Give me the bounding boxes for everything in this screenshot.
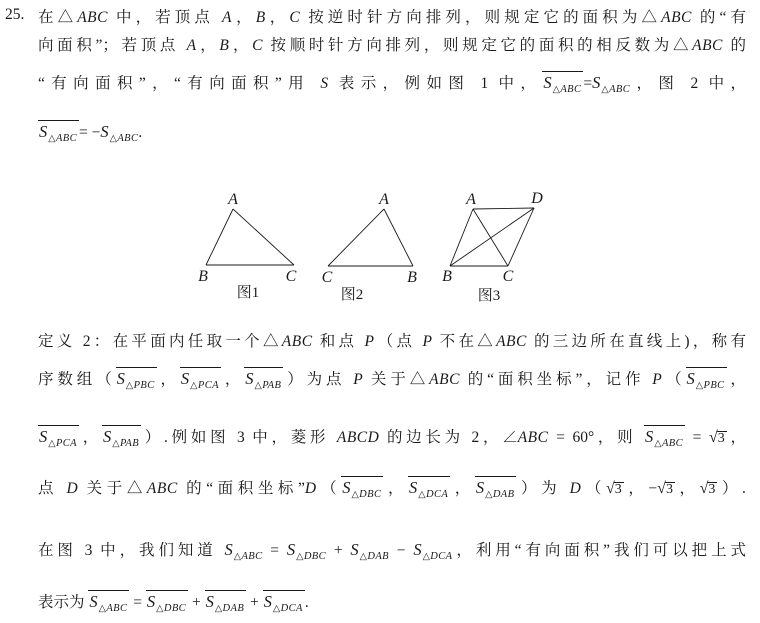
subscript-vars: ABC <box>241 551 262 562</box>
text-run: = <box>129 594 146 611</box>
line-4: S△ABC= −S△ABC. <box>38 120 746 145</box>
math-variable: B <box>256 9 266 26</box>
figure-edge <box>508 208 534 266</box>
math-variable: B <box>219 37 229 54</box>
figure-edge <box>206 209 233 265</box>
line-8: 点 D 关于△ABC 的“面积坐标”D（S△DBC，S△DCA，S△DAB）为 … <box>38 476 746 501</box>
text-run: . <box>138 124 142 141</box>
s-symbol: S <box>409 478 417 497</box>
s-symbol: S <box>592 73 600 92</box>
s-subscript: △PBC <box>126 380 155 391</box>
triangle-symbol: △ <box>654 439 662 449</box>
s-symbol: S <box>225 540 233 559</box>
s-symbol: S <box>39 427 47 446</box>
triangle-symbol: △ <box>190 381 198 391</box>
subscript-vars: DCA <box>426 489 448 500</box>
math-variable: P <box>423 333 433 350</box>
text-run: 表示为 <box>38 594 88 611</box>
signed-area-term: S△PAB <box>102 425 141 449</box>
signed-area-term: S△DBC <box>341 476 383 500</box>
s-symbol: S <box>342 478 350 497</box>
s-symbol: S <box>206 592 214 611</box>
figure-edge <box>233 209 294 265</box>
triangle-symbol: △ <box>351 490 359 500</box>
text-run: 中，若顶点 <box>108 9 222 26</box>
text-run: 的 <box>723 37 746 54</box>
triangle-symbol: △ <box>112 439 120 449</box>
text-run: = <box>263 542 287 559</box>
radicand: 3 <box>665 482 675 498</box>
subscript-vars: PAB <box>262 380 281 391</box>
s-subscript: △DAB <box>485 489 514 500</box>
s-subscript: △DBC <box>351 489 381 500</box>
subscript-vars: DAB <box>367 551 389 562</box>
signed-area-term: S△PCA <box>38 425 79 449</box>
s-symbol: S <box>350 540 358 559</box>
text-run: = 60°，则 <box>549 429 644 446</box>
vertex-label: B <box>442 268 452 285</box>
triangle-symbol: △ <box>696 381 704 391</box>
triangle-symbol: △ <box>601 85 609 95</box>
math-variable: P <box>652 371 662 388</box>
text-run: ， <box>675 480 700 497</box>
subscript-vars: PBC <box>134 380 155 391</box>
text-run: ， <box>221 371 244 388</box>
s-symbol: S <box>287 540 295 559</box>
text-run: 在图 3 中，我们知道 <box>38 542 225 559</box>
text-run: ， <box>79 429 102 446</box>
math-variable: ABC <box>282 333 313 350</box>
text-run: 的三边所在直线上)，称有 <box>527 333 746 350</box>
s-subscript: △DCA <box>418 489 448 500</box>
s-subscript: △PCA <box>48 438 77 449</box>
text-run: 和点 <box>313 333 365 350</box>
subscript-vars: DBC <box>164 603 186 614</box>
sqrt-term: √3 <box>700 481 718 498</box>
s-symbol: S <box>117 369 125 388</box>
text-run: 不在△ <box>433 333 497 350</box>
s-symbol: S <box>543 73 551 92</box>
area-term: S△ABC <box>100 120 138 144</box>
text-run: 向面积”；若顶点 <box>38 37 187 54</box>
s-subscript: △PCA <box>190 380 219 391</box>
sqrt-term: √3 <box>709 430 727 447</box>
vertex-label: A <box>378 191 389 208</box>
math-variable: D <box>67 480 79 497</box>
area-term: S△ABC <box>592 71 630 95</box>
line-6: 序数组（S△PBC，S△PCA，S△PAB）为点 P 关于△ABC 的“面积坐标… <box>38 367 746 392</box>
signed-area-term: S△DBC <box>146 590 188 614</box>
area-term: S△ABC <box>225 538 263 562</box>
figure-1: ABC图1 <box>198 191 297 301</box>
area-term: S△DCA <box>413 538 452 562</box>
text-run: + <box>326 542 350 559</box>
math-variable: P <box>365 333 375 350</box>
s-subscript: △ABC <box>48 133 77 144</box>
subscript-vars: DBC <box>359 489 381 500</box>
s-symbol: S <box>103 427 111 446</box>
vertex-label: A <box>227 191 238 208</box>
figure-edge <box>473 208 534 209</box>
text-run: 关于△ <box>363 371 429 388</box>
signed-area-term: S△PAB <box>244 367 283 391</box>
figure-edge <box>450 209 473 266</box>
signed-area-term: S△PBC <box>116 367 157 391</box>
signed-area-term: S△ABC <box>644 425 685 449</box>
text-run: ）.例如图 3 中，菱形 <box>141 429 337 446</box>
subscript-vars: DCA <box>430 551 452 562</box>
s-subscript: △ABC <box>99 603 128 614</box>
s-subscript: △DCA <box>423 551 453 562</box>
text-run: （ <box>662 371 685 388</box>
text-run: ）为 <box>516 480 569 497</box>
triangle-symbol: △ <box>48 439 56 449</box>
page: 25. 在△ABC 中，若顶点 A，B，C 按逆时针方向排列，则规定它的面积为△… <box>0 0 760 623</box>
figure-caption: 图3 <box>478 287 501 304</box>
s-symbol: S <box>245 369 253 388</box>
vertex-label: B <box>198 268 208 285</box>
text-run: ， <box>727 371 746 388</box>
text-run: + <box>188 594 205 611</box>
text-run: 在△ <box>38 9 77 26</box>
math-variable: ABC <box>429 371 460 388</box>
text-run: 定义 2：在平面内任取一个△ <box>38 333 282 350</box>
figure-edge <box>384 209 413 266</box>
subscript-vars: ABC <box>662 438 683 449</box>
line-7: S△PCA，S△PAB）.例如图 3 中，菱形 ABCD 的边长为 2，∠ABC… <box>38 425 746 450</box>
s-symbol: S <box>413 540 421 559</box>
vertex-label: C <box>286 268 297 285</box>
text-run: ， <box>727 429 746 446</box>
s-subscript: △PAB <box>112 438 139 449</box>
subscript-vars: DAB <box>493 489 515 500</box>
subscript-vars: DAB <box>223 603 245 614</box>
math-variable: ABC <box>518 429 549 446</box>
text-run: ，图 2 中， <box>630 75 746 92</box>
text-run: ， <box>197 37 220 54</box>
signed-area-term: S△DAB <box>475 476 517 500</box>
text-run: ， <box>157 371 180 388</box>
line-10: 表示为 S△ABC = S△DBC + S△DAB + S△DCA. <box>38 590 746 615</box>
radicand: 3 <box>614 482 624 498</box>
text-run: = − <box>79 124 100 141</box>
subscript-vars: ABC <box>117 133 138 144</box>
text-run: ）. <box>717 480 746 497</box>
figure-3: ADBC图3 <box>442 190 543 304</box>
text-run: ， <box>229 37 252 54</box>
figure-caption: 图2 <box>341 286 364 303</box>
triangle-symbol: △ <box>418 490 426 500</box>
subscript-vars: DBC <box>304 551 326 562</box>
s-symbol: S <box>264 592 272 611</box>
question-number: 25. <box>5 6 24 24</box>
math-variable: ABC <box>77 9 108 26</box>
text-run: . <box>305 594 309 611</box>
text-run: 关于△ <box>78 480 147 497</box>
sqrt-term: √3 <box>606 481 624 498</box>
text-run: “有向面积”，“有向面积”用 <box>38 75 320 92</box>
text-run: ， <box>266 9 290 26</box>
vertex-label: A <box>465 191 476 208</box>
signed-area-term: S△DCA <box>408 476 450 500</box>
text-run: = <box>685 429 709 446</box>
text-run: 的“有 <box>692 9 746 26</box>
figure-caption: 图1 <box>237 284 260 301</box>
signed-area-term: S△DCA <box>263 590 305 614</box>
figure-edge <box>328 209 384 266</box>
area-term: S△DBC <box>287 538 326 562</box>
text-run: ，− <box>624 480 657 497</box>
math-variable: ABC <box>496 333 527 350</box>
s-symbol: S <box>89 592 97 611</box>
text-run: 点 <box>38 480 67 497</box>
text-run: 序数组（ <box>38 371 116 388</box>
math-variable: ABCD <box>337 429 379 446</box>
subscript-vars: ABC <box>609 84 630 95</box>
triangle-symbol: △ <box>273 604 281 614</box>
triangle-symbol: △ <box>156 604 164 614</box>
text-run: + <box>246 594 263 611</box>
s-subscript: △ABC <box>553 84 582 95</box>
figure-edge <box>473 209 508 266</box>
text-run: 按逆时针方向排列，则规定它的面积为△ <box>300 9 661 26</box>
text-run: （点 <box>374 333 422 350</box>
signed-area-term: S△PBC <box>686 367 727 391</box>
s-symbol: S <box>39 122 47 141</box>
text-run: （ <box>317 480 342 497</box>
triangle-symbol: △ <box>126 381 134 391</box>
signed-area-term: S△ABC <box>88 590 129 614</box>
text-run: ，利用“有向面积”我们可以把上式 <box>452 542 746 559</box>
line-9: 在图 3 中，我们知道 S△ABC = S△DBC + S△DAB − S△DC… <box>38 538 746 563</box>
s-subscript: △DAB <box>215 603 244 614</box>
s-symbol: S <box>476 478 484 497</box>
subscript-vars: PAB <box>120 438 139 449</box>
math-variable: ABC <box>692 37 723 54</box>
triangle-symbol: △ <box>296 552 304 562</box>
subscript-vars: PCA <box>56 438 77 449</box>
text-run: − <box>389 542 413 559</box>
text-run: 的“面积坐标”，记作 <box>460 371 652 388</box>
math-variable: C <box>252 37 263 54</box>
math-variable: D <box>570 480 582 497</box>
line-5: 定义 2：在平面内任取一个△ABC 和点 P（点 P 不在△ABC 的三边所在直… <box>38 330 746 354</box>
math-variable: A <box>222 9 232 26</box>
s-symbol: S <box>181 369 189 388</box>
subscript-vars: PCA <box>198 380 219 391</box>
triangle-symbol: △ <box>215 604 223 614</box>
math-variable: C <box>289 9 300 26</box>
s-subscript: △PAB <box>254 380 281 391</box>
text-run: ， <box>450 480 475 497</box>
text-run: 的“面积坐标” <box>178 480 305 497</box>
math-variable: ABC <box>661 9 692 26</box>
text-run: （ <box>581 480 606 497</box>
subscript-vars: ABC <box>560 84 581 95</box>
s-subscript: △DBC <box>156 603 186 614</box>
signed-area-term: S△ABC <box>38 120 79 144</box>
vertex-label: D <box>530 190 543 207</box>
s-symbol: S <box>100 122 108 141</box>
triangle-symbol: △ <box>485 490 493 500</box>
math-variable: S <box>320 75 328 92</box>
line-3: “有向面积”，“有向面积”用 S 表示，例如图 1 中，S△ABC=S△ABC，… <box>38 71 746 96</box>
subscript-vars: ABC <box>106 603 127 614</box>
signed-area-term: S△DAB <box>205 590 247 614</box>
vertex-label: B <box>407 269 417 286</box>
signed-area-term: S△ABC <box>542 71 583 95</box>
s-subscript: △DBC <box>296 551 326 562</box>
vertex-label: C <box>322 269 333 286</box>
line-1: 在△ABC 中，若顶点 A，B，C 按逆时针方向排列，则规定它的面积为△ABC … <box>38 6 746 30</box>
math-variable: ABC <box>147 480 178 497</box>
text-run: 的边长为 2，∠ <box>379 429 517 446</box>
s-subscript: △ABC <box>654 438 683 449</box>
subscript-vars: ABC <box>56 133 77 144</box>
s-symbol: S <box>687 369 695 388</box>
s-subscript: △ABC <box>110 133 139 144</box>
signed-area-term: S△PCA <box>180 367 221 391</box>
s-subscript: △DCA <box>273 603 303 614</box>
sqrt-term: √3 <box>657 481 675 498</box>
math-variable: P <box>353 371 363 388</box>
s-symbol: S <box>645 427 653 446</box>
text-run: = <box>583 75 592 92</box>
s-subscript: △ABC <box>234 551 263 562</box>
text-run: ， <box>232 9 256 26</box>
s-symbol: S <box>147 592 155 611</box>
vertex-label: C <box>503 268 514 285</box>
math-variable: A <box>187 37 197 54</box>
subscript-vars: DCA <box>281 603 303 614</box>
text-run: ， <box>383 480 408 497</box>
figure-edge <box>450 208 534 266</box>
radicand: 3 <box>707 482 717 498</box>
triangle-symbol: △ <box>48 134 56 144</box>
area-term: S△DAB <box>350 538 389 562</box>
subscript-vars: PBC <box>704 380 725 391</box>
figure-2: ACB图2 <box>322 191 417 303</box>
text-run: 按顺时针方向排列，则规定它的面积的相反数为△ <box>263 37 692 54</box>
text-run: 表示，例如图 1 中， <box>329 75 543 92</box>
math-variable: D <box>305 480 317 497</box>
radicand: 3 <box>717 431 727 447</box>
text-run: ）为点 <box>283 371 353 388</box>
s-subscript: △ABC <box>601 84 630 95</box>
line-2: 向面积”；若顶点 A，B，C 按顺时针方向排列，则规定它的面积的相反数为△ABC… <box>38 34 746 58</box>
s-subscript: △DAB <box>360 551 389 562</box>
s-subscript: △PBC <box>696 380 725 391</box>
